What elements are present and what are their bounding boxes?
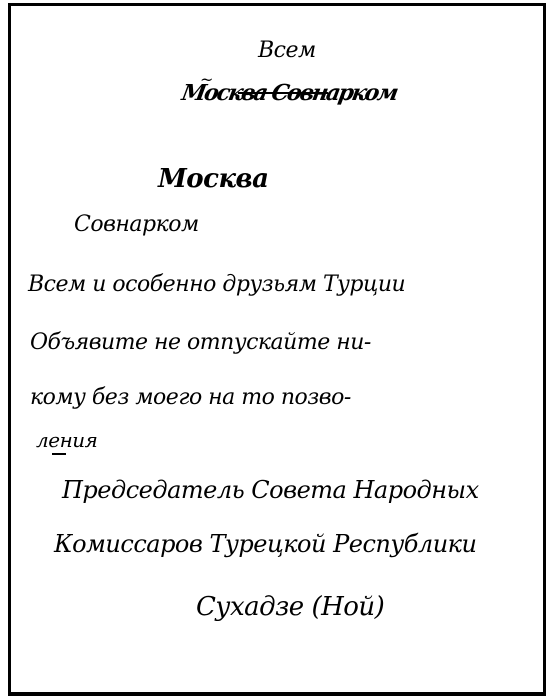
body-line-2: Объявите не отпускайте ни-: [30, 330, 371, 355]
city-heading: Москва: [158, 164, 268, 194]
title-line-1: Председатель Совета Народных: [62, 476, 479, 504]
title-line-2: Комиссаров Турецкой Республики: [54, 530, 476, 558]
body-line-4: ления: [36, 428, 97, 452]
addressee-top: Всем: [258, 38, 316, 63]
struck-out-text: Москва Совнарком: [180, 80, 399, 106]
body-line-1: Всем и особенно друзьям Турции: [28, 272, 405, 297]
underline-mark: [52, 453, 66, 455]
body-line-3: кому без моего на то позво-: [30, 385, 351, 410]
recipient-line: Совнарком: [74, 212, 199, 237]
signature: Сухадзе (Ной): [196, 592, 384, 622]
